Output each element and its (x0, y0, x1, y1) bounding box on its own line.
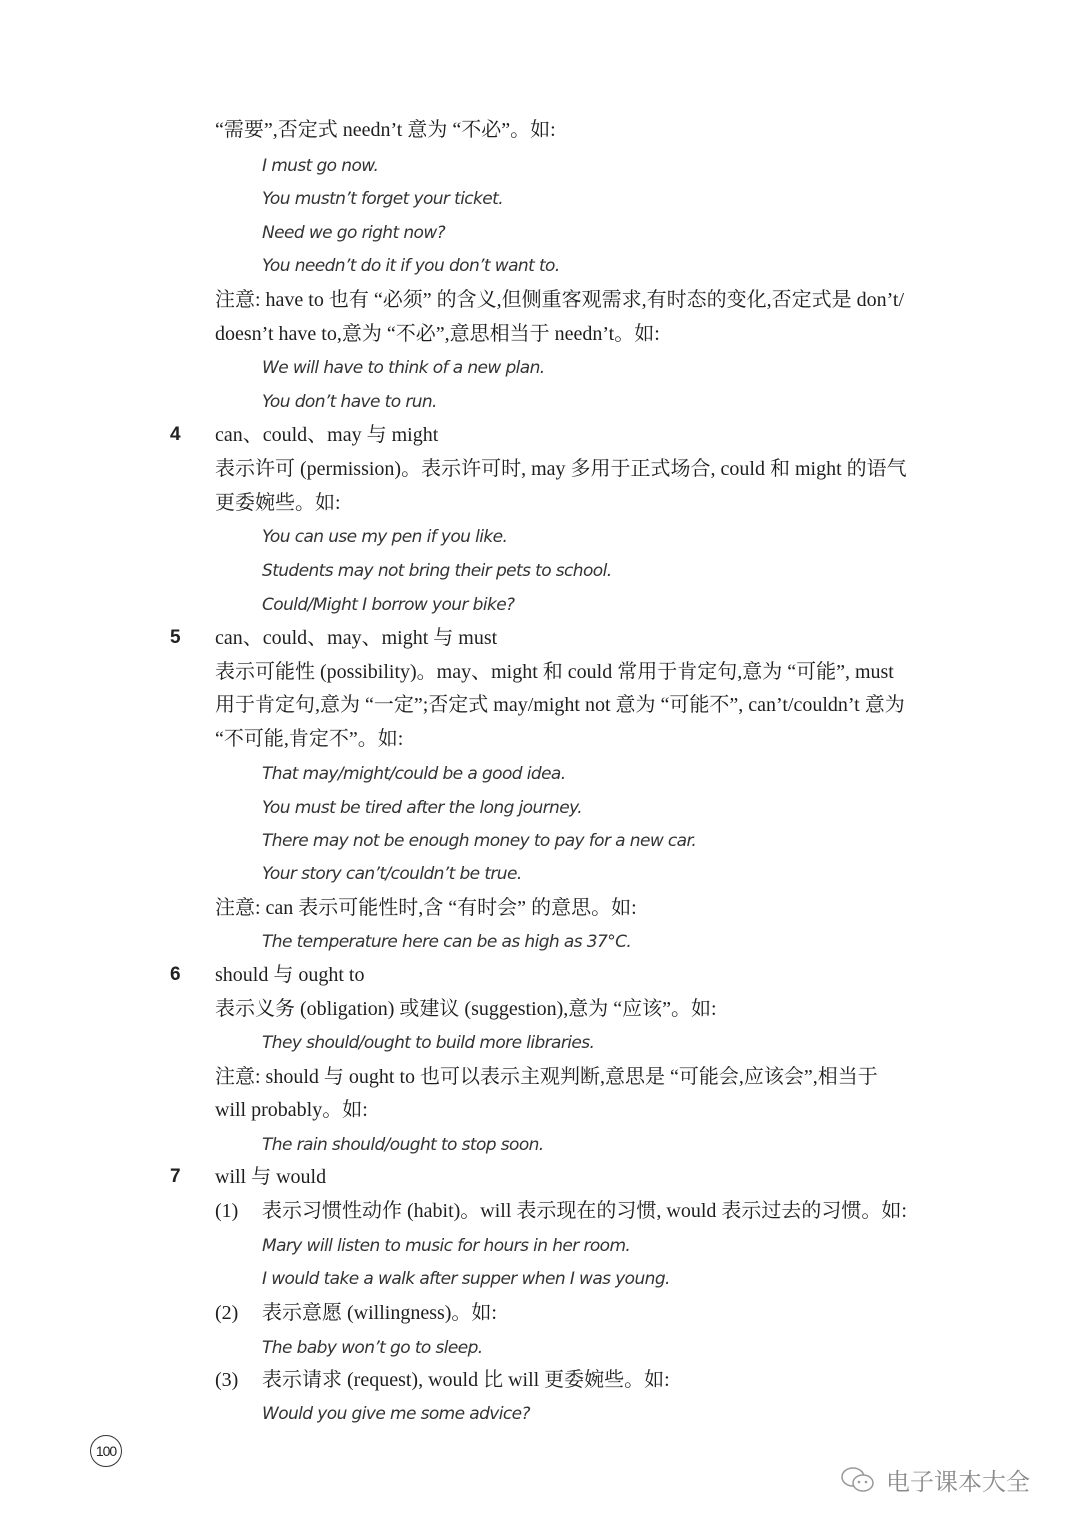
example-sentence: Would you give me some advice? (262, 1402, 530, 1426)
subitem-label: (1) (215, 1198, 238, 1224)
section-number: 6 (170, 962, 181, 988)
note-line: 注意: should 与 ought to 也可以表示主观判断,意思是 “可能会… (215, 1064, 878, 1090)
note-line: doesn’t have to,意为 “不必”,意思相当于 needn’t。如: (215, 321, 660, 347)
subitem-text: 表示意愿 (willingness)。如: (262, 1300, 497, 1326)
watermark-text: 电子课本大全 (886, 1462, 1030, 1497)
section-body: 用于肯定句,意为 “一定”;否定式 may/might not 意为 “可能不”… (215, 692, 905, 718)
section-heading: can、could、may 与 might (215, 422, 438, 448)
section-body: 表示义务 (obligation) 或建议 (suggestion),意为 “应… (215, 996, 717, 1022)
section-heading: can、could、may、might 与 must (215, 625, 497, 651)
page-number: 100 (90, 1435, 122, 1467)
section-body: “不可能,肯定不”。如: (215, 726, 403, 752)
section-body: 更委婉些。如: (215, 490, 341, 516)
section-heading: should 与 ought to (215, 962, 364, 988)
watermark: 电子课本大全 (838, 1462, 1030, 1497)
section-body: 表示许可 (permission)。表示许可时, may 多用于正式场合, co… (215, 456, 907, 482)
example-sentence: The baby won’t go to sleep. (262, 1336, 483, 1360)
example-sentence: I must go now. (262, 154, 378, 178)
subitem-label: (3) (215, 1367, 238, 1393)
example-sentence: You needn’t do it if you don’t want to. (262, 254, 560, 278)
example-sentence: The rain should/ought to stop soon. (262, 1133, 544, 1157)
subitem-label: (2) (215, 1300, 238, 1326)
section-number: 4 (170, 422, 181, 448)
text-line: “需要”,否定式 needn’t 意为 “不必”。如: (215, 117, 556, 143)
example-sentence: You mustn’t forget your ticket. (262, 187, 503, 211)
note-line: 注意: have to 也有 “必须” 的含义,但侧重客观需求,有时态的变化,否… (215, 287, 904, 313)
example-sentence: I would take a walk after supper when I … (262, 1267, 670, 1291)
example-sentence: Students may not bring their pets to sch… (262, 559, 612, 583)
example-sentence: They should/ought to build more librarie… (262, 1031, 594, 1055)
section-number: 7 (170, 1164, 181, 1190)
subitem-text: 表示请求 (request), would 比 will 更委婉些。如: (262, 1367, 670, 1393)
example-sentence: You can use my pen if you like. (262, 525, 507, 549)
example-sentence: You don’t have to run. (262, 390, 437, 414)
section-number: 5 (170, 625, 181, 651)
example-sentence: We will have to think of a new plan. (262, 356, 545, 380)
wechat-icon (838, 1465, 878, 1495)
example-sentence: That may/might/could be a good idea. (262, 762, 566, 786)
example-sentence: Your story can’t/couldn’t be true. (262, 862, 522, 886)
example-sentence: Mary will listen to music for hours in h… (262, 1234, 630, 1258)
example-sentence: You must be tired after the long journey… (262, 796, 582, 820)
example-sentence: Need we go right now? (262, 221, 445, 245)
example-sentence: Could/Might I borrow your bike? (262, 593, 514, 617)
example-sentence: There may not be enough money to pay for… (262, 829, 696, 853)
note-line: will probably。如: (215, 1097, 368, 1123)
note-line: 注意: can 表示可能性时,含 “有时会” 的意思。如: (215, 895, 637, 921)
example-sentence: The temperature here can be as high as 3… (262, 930, 631, 954)
section-heading: will 与 would (215, 1164, 326, 1190)
subitem-text: 表示习惯性动作 (habit)。will 表示现在的习惯, would 表示过去… (262, 1198, 907, 1224)
section-body: 表示可能性 (possibility)。may、might 和 could 常用… (215, 659, 894, 685)
